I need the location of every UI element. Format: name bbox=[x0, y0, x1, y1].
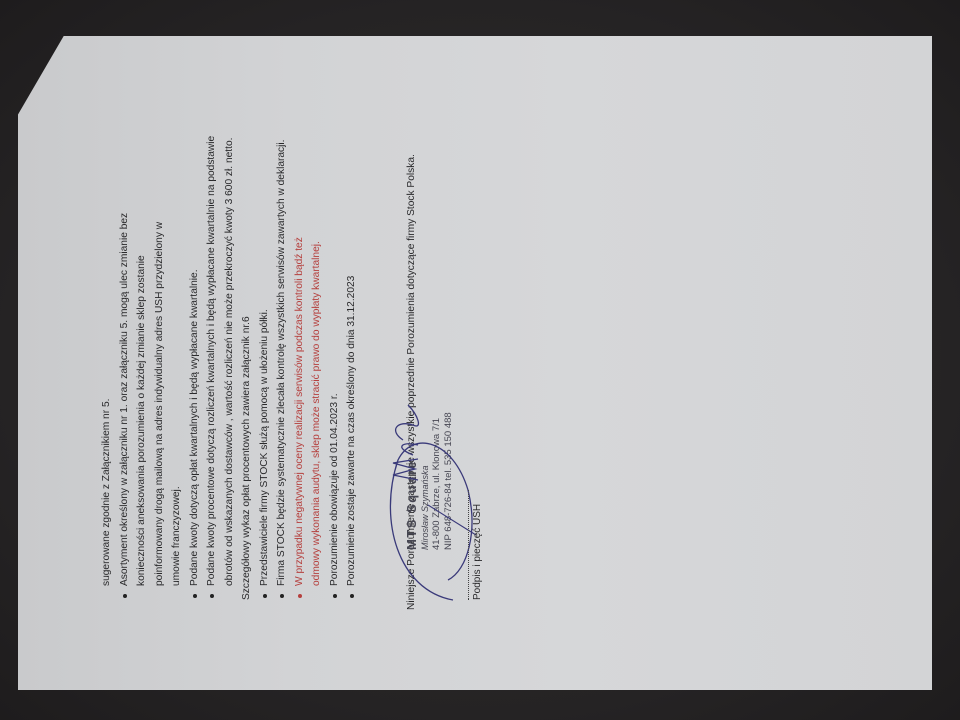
signature-line bbox=[468, 490, 469, 600]
bullet-assortment: Asortyment określony w załączniku nr 1. … bbox=[116, 60, 186, 600]
bullet-percentage-fees: Podane kwoty procentowe dotyczą rozlicze… bbox=[203, 60, 256, 600]
bullet-list: Asortyment określony w załączniku nr 1. … bbox=[116, 60, 361, 600]
bullet-representatives: Przedstawiciele firmy STOCK służą pomocą… bbox=[256, 60, 274, 600]
intro-line: sugerowane zgodnie z Załącznikiem nr 5. bbox=[98, 60, 116, 600]
bullet-effective-date: Porozumienie obowiązuje od 01.04.2023 r. bbox=[326, 60, 344, 600]
bullet-inspections: Firma STOCK będzie systematycznie zlecał… bbox=[273, 60, 291, 600]
bullet-quarterly-fees: Podane kwoty dotyczą opłat kwartalnych i… bbox=[186, 60, 204, 600]
rotated-page-content: sugerowane zgodnie z Załącznikiem nr 5. … bbox=[18, 36, 932, 690]
signature-label: Podpis i pieczęć USH bbox=[472, 504, 483, 600]
bullet-negative-assessment: W przypadku negatywnej oceny realizacji … bbox=[291, 60, 326, 600]
